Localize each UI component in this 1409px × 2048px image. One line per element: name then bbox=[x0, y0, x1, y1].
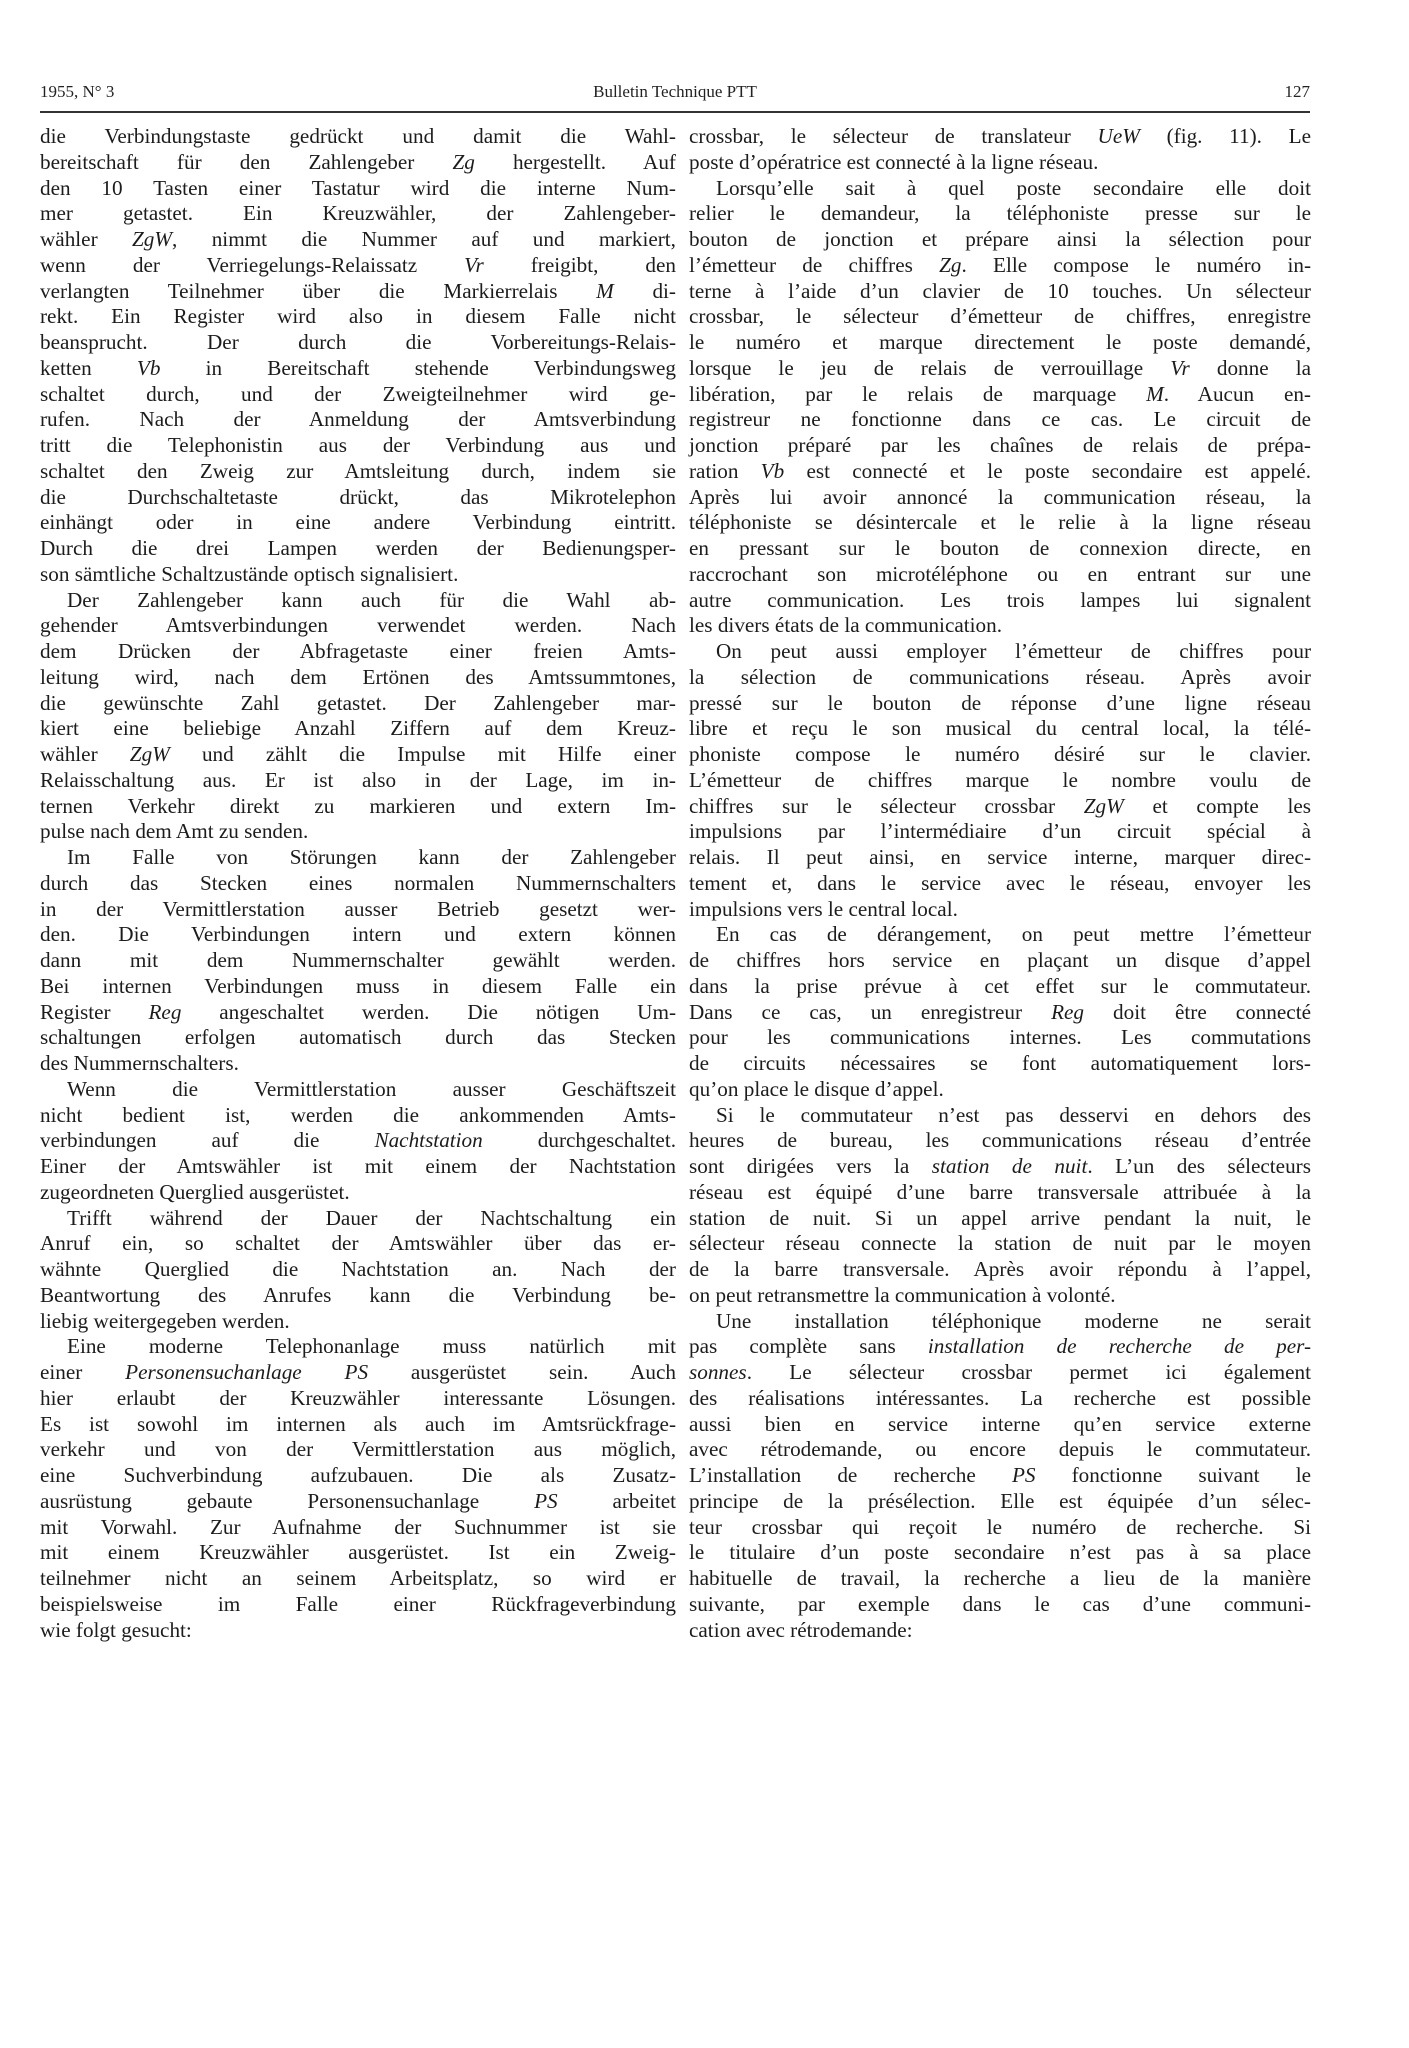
text-line: Der Zahlengeber kann auch für die Wahl a… bbox=[40, 588, 676, 614]
text-line: heures de bureau, les communications rés… bbox=[689, 1128, 1311, 1154]
text-line: crossbar, le sélecteur d’émetteur de chi… bbox=[689, 304, 1311, 330]
text-line: de chiffres hors service en plaçant un d… bbox=[689, 948, 1311, 974]
header-rule bbox=[40, 111, 1310, 113]
text-line: teilnehmer nicht an seinem Arbeitsplatz,… bbox=[40, 1566, 676, 1592]
text-line: des réalisations intéressantes. La reche… bbox=[689, 1386, 1311, 1412]
text-line: Durch die drei Lampen werden der Bedienu… bbox=[40, 536, 676, 562]
text-line: autre communication. Les trois lampes lu… bbox=[689, 588, 1311, 614]
text-line: l’émetteur de chiffres Zg. Elle compose … bbox=[689, 253, 1311, 279]
text-line: ketten Vb in Bereitschaft stehende Verbi… bbox=[40, 356, 676, 382]
text-line: Trifft während der Dauer der Nachtschalt… bbox=[40, 1206, 676, 1232]
text-line: verkehr und von der Vermittlerstation au… bbox=[40, 1437, 676, 1463]
text-line: L’émetteur de chiffres marque le nombre … bbox=[689, 768, 1311, 794]
text-line: bereitschaft für den Zahlengeber Zg herg… bbox=[40, 150, 676, 176]
paragraph: Lorsqu’elle sait à quel poste secondaire… bbox=[689, 176, 1311, 640]
text-line: ration Vb est connecté et le poste secon… bbox=[689, 459, 1311, 485]
text-line: raccrochant son microtéléphone ou en ent… bbox=[689, 562, 1311, 588]
paragraph: Der Zahlengeber kann auch für die Wahl a… bbox=[40, 588, 676, 846]
text-line: in der Vermittlerstation ausser Betrieb … bbox=[40, 897, 676, 923]
text-line: les divers états de la communication. bbox=[689, 613, 1311, 639]
text-line: le titulaire d’un poste secondaire n’est… bbox=[689, 1540, 1311, 1566]
text-line: impulsions vers le central local. bbox=[689, 897, 1311, 923]
paragraph: crossbar, le sélecteur de translateur Ue… bbox=[689, 124, 1311, 176]
text-line: son sämtliche Schaltzustände optisch sig… bbox=[40, 562, 676, 588]
text-line: die Verbindungstaste gedrückt und damit … bbox=[40, 124, 676, 150]
text-line: Lorsqu’elle sait à quel poste secondaire… bbox=[689, 176, 1311, 202]
text-line: relais. Il peut ainsi, en service intern… bbox=[689, 845, 1311, 871]
text-line: pulse nach dem Amt zu senden. bbox=[40, 819, 676, 845]
text-line: pas complète sans installation de recher… bbox=[689, 1334, 1311, 1360]
text-line: einhängt oder in eine andere Verbindung … bbox=[40, 510, 676, 536]
text-line: schaltet den Zweig zur Amtsleitung durch… bbox=[40, 459, 676, 485]
text-line: pressé sur le bouton de réponse d’une li… bbox=[689, 691, 1311, 717]
text-line: aussi bien en service interne qu’en serv… bbox=[689, 1412, 1311, 1438]
text-line: dans la prise prévue à cet effet sur le … bbox=[689, 974, 1311, 1000]
text-line: des Nummernschalters. bbox=[40, 1051, 676, 1077]
text-line: pour les communications internes. Les co… bbox=[689, 1025, 1311, 1051]
text-line: la sélection de communications réseau. A… bbox=[689, 665, 1311, 691]
text-line: Si le commutateur n’est pas desservi en … bbox=[689, 1103, 1311, 1129]
text-line: ausrüstung gebaute Personensuchanlage PS… bbox=[40, 1489, 676, 1515]
text-line: Im Falle von Störungen kann der Zahlenge… bbox=[40, 845, 676, 871]
text-line: rufen. Nach der Anmeldung der Amtsverbin… bbox=[40, 407, 676, 433]
text-line: Après lui avoir annoncé la communication… bbox=[689, 485, 1311, 511]
text-line: ternen Verkehr direkt zu markieren und e… bbox=[40, 794, 676, 820]
text-line: wie folgt gesucht: bbox=[40, 1618, 676, 1644]
paragraph: Im Falle von Störungen kann der Zahlenge… bbox=[40, 845, 676, 1077]
text-line: on peut retransmettre la communication à… bbox=[689, 1283, 1311, 1309]
text-line: le numéro et marque directement le poste… bbox=[689, 330, 1311, 356]
right-column-french: crossbar, le sélecteur de translateur Ue… bbox=[689, 124, 1311, 1643]
text-line: en pressant sur le bouton de connexion d… bbox=[689, 536, 1311, 562]
journal-title: Bulletin Technique PTT bbox=[40, 82, 1310, 102]
text-line: sélecteur réseau connecte la station de … bbox=[689, 1231, 1311, 1257]
text-line: mer getastet. Ein Kreuzwähler, der Zahle… bbox=[40, 201, 676, 227]
text-line: de circuits nécessaires se font automati… bbox=[689, 1051, 1311, 1077]
text-line: rekt. Ein Register wird also in diesem F… bbox=[40, 304, 676, 330]
text-line: station de nuit. Si un appel arrive pend… bbox=[689, 1206, 1311, 1232]
text-line: avec rétrodemande, ou encore depuis le c… bbox=[689, 1437, 1311, 1463]
paragraph: En cas de dérangement, on peut mettre l’… bbox=[689, 922, 1311, 1102]
paragraph: Une installation téléphonique moderne ne… bbox=[689, 1309, 1311, 1644]
paragraph: Eine moderne Telephonanlage muss natürli… bbox=[40, 1334, 676, 1643]
text-line: beansprucht. Der durch die Vorbereitungs… bbox=[40, 330, 676, 356]
text-line: Bei internen Verbindungen muss in diesem… bbox=[40, 974, 676, 1000]
text-line: phoniste compose le numéro désiré sur le… bbox=[689, 742, 1311, 768]
text-line: L’installation de recherche PS fonctionn… bbox=[689, 1463, 1311, 1489]
text-line: Es ist sowohl im internen als auch im Am… bbox=[40, 1412, 676, 1438]
text-line: Eine moderne Telephonanlage muss natürli… bbox=[40, 1334, 676, 1360]
text-line: réseau est équipé d’une barre transversa… bbox=[689, 1180, 1311, 1206]
text-line: Dans ce cas, un enregistreur Reg doit êt… bbox=[689, 1000, 1311, 1026]
paragraph: Si le commutateur n’est pas desservi en … bbox=[689, 1103, 1311, 1309]
text-line: die Durchschaltetaste drückt, das Mikrot… bbox=[40, 485, 676, 511]
text-line: zugeordneten Querglied ausgerüstet. bbox=[40, 1180, 676, 1206]
text-line: qu’on place le disque d’appel. bbox=[689, 1077, 1311, 1103]
page-number: 127 bbox=[1285, 82, 1311, 102]
text-line: chiffres sur le sélecteur crossbar ZgW e… bbox=[689, 794, 1311, 820]
left-column-german: die Verbindungstaste gedrückt und damit … bbox=[40, 124, 676, 1643]
text-line: principe de la présélection. Elle est éq… bbox=[689, 1489, 1311, 1515]
text-line: registreur ne fonctionne dans ce cas. Le… bbox=[689, 407, 1311, 433]
text-line: Une installation téléphonique moderne ne… bbox=[689, 1309, 1311, 1335]
text-line: tement et, dans le service avec le résea… bbox=[689, 871, 1311, 897]
text-line: nicht bedient ist, werden die ankommende… bbox=[40, 1103, 676, 1129]
text-line: die gewünschte Zahl getastet. Der Zahlen… bbox=[40, 691, 676, 717]
text-line: wenn der Verriegelungs-Relaissatz Vr fre… bbox=[40, 253, 676, 279]
text-line: den 10 Tasten einer Tastatur wird die in… bbox=[40, 176, 676, 202]
text-line: kiert eine beliebige Anzahl Ziffern auf … bbox=[40, 716, 676, 742]
text-line: beispielsweise im Falle einer Rückfragev… bbox=[40, 1592, 676, 1618]
text-line: dann mit dem Nummernschalter gewählt wer… bbox=[40, 948, 676, 974]
text-line: Einer der Amtswähler ist mit einem der N… bbox=[40, 1154, 676, 1180]
text-line: téléphoniste se désintercale et le relie… bbox=[689, 510, 1311, 536]
paragraph: Wenn die Vermittlerstation ausser Geschä… bbox=[40, 1077, 676, 1206]
text-line: verlangten Teilnehmer über die Markierre… bbox=[40, 279, 676, 305]
text-line: tritt die Telephonistin aus der Verbindu… bbox=[40, 433, 676, 459]
text-line: dem Drücken der Abfragetaste einer freie… bbox=[40, 639, 676, 665]
text-line: schaltet durch, und der Zweigteilnehmer … bbox=[40, 382, 676, 408]
text-line: Wenn die Vermittlerstation ausser Geschä… bbox=[40, 1077, 676, 1103]
text-line: sonnes. Le sélecteur crossbar permet ici… bbox=[689, 1360, 1311, 1386]
text-line: Beantwortung des Anrufes kann die Verbin… bbox=[40, 1283, 676, 1309]
text-line: cation avec rétrodemande: bbox=[689, 1618, 1311, 1644]
paragraph: Trifft während der Dauer der Nachtschalt… bbox=[40, 1206, 676, 1335]
text-line: verbindungen auf die Nachtstation durchg… bbox=[40, 1128, 676, 1154]
paragraph: On peut aussi employer l’émetteur de chi… bbox=[689, 639, 1311, 922]
text-line: suivante, par exemple dans le cas d’une … bbox=[689, 1592, 1311, 1618]
running-header: 1955, N° 3 Bulletin Technique PTT 127 bbox=[40, 82, 1310, 104]
text-line: relier le demandeur, la téléphoniste pre… bbox=[689, 201, 1311, 227]
text-line: bouton de jonction et prépare ainsi la s… bbox=[689, 227, 1311, 253]
text-line: Anruf ein, so schaltet der Amtswähler üb… bbox=[40, 1231, 676, 1257]
text-line: Relaisschaltung aus. Er ist also in der … bbox=[40, 768, 676, 794]
text-line: libre et reçu le son musical du central … bbox=[689, 716, 1311, 742]
text-line: En cas de dérangement, on peut mettre l’… bbox=[689, 922, 1311, 948]
text-line: jonction préparé par les chaînes de rela… bbox=[689, 433, 1311, 459]
text-line: teur crossbar qui reçoit le numéro de re… bbox=[689, 1515, 1311, 1541]
text-line: mit Vorwahl. Zur Aufnahme der Suchnummer… bbox=[40, 1515, 676, 1541]
text-line: den. Die Verbindungen intern und extern … bbox=[40, 922, 676, 948]
paragraph: die Verbindungstaste gedrückt und damit … bbox=[40, 124, 676, 588]
text-line: wähler ZgW und zählt die Impulse mit Hil… bbox=[40, 742, 676, 768]
text-line: habituelle de travail, la recherche a li… bbox=[689, 1566, 1311, 1592]
text-line: Register Reg angeschaltet werden. Die nö… bbox=[40, 1000, 676, 1026]
text-line: wähler ZgW, nimmt die Nummer auf und mar… bbox=[40, 227, 676, 253]
text-line: hier erlaubt der Kreuzwähler interessant… bbox=[40, 1386, 676, 1412]
text-line: liebig weitergegeben werden. bbox=[40, 1309, 676, 1335]
text-line: mit einem Kreuzwähler ausgerüstet. Ist e… bbox=[40, 1540, 676, 1566]
text-line: sont dirigées vers la station de nuit. L… bbox=[689, 1154, 1311, 1180]
text-line: lorsque le jeu de relais de verrouillage… bbox=[689, 356, 1311, 382]
text-line: impulsions par l’intermédiaire d’un circ… bbox=[689, 819, 1311, 845]
text-line: eine Suchverbindung aufzubauen. Die als … bbox=[40, 1463, 676, 1489]
text-line: durch das Stecken eines normalen Nummern… bbox=[40, 871, 676, 897]
text-line: leitung wird, nach dem Ertönen des Amtss… bbox=[40, 665, 676, 691]
text-line: poste d’opératrice est connecté à la lig… bbox=[689, 150, 1311, 176]
text-line: On peut aussi employer l’émetteur de chi… bbox=[689, 639, 1311, 665]
text-line: de la barre transversale. Après avoir ré… bbox=[689, 1257, 1311, 1283]
text-line: libération, par le relais de marquage M.… bbox=[689, 382, 1311, 408]
text-line: einer Personensuchanlage PS ausgerüstet … bbox=[40, 1360, 676, 1386]
text-line: gehender Amtsverbindungen verwendet werd… bbox=[40, 613, 676, 639]
text-line: terne à l’aide d’un clavier de 10 touche… bbox=[689, 279, 1311, 305]
text-line: wähnte Querglied die Nachtstation an. Na… bbox=[40, 1257, 676, 1283]
text-line: crossbar, le sélecteur de translateur Ue… bbox=[689, 124, 1311, 150]
text-line: schaltungen erfolgen automatisch durch d… bbox=[40, 1025, 676, 1051]
